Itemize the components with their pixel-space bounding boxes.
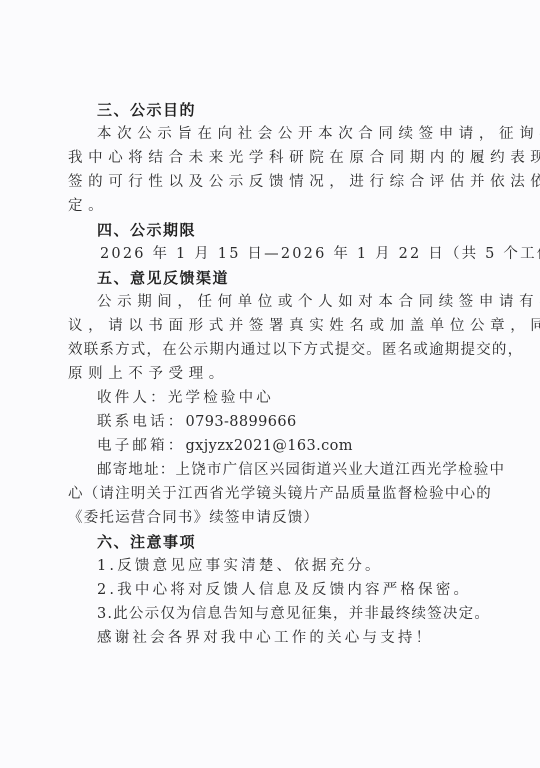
note-item: 1.反馈意见应事实清楚、依据充分。	[68, 554, 474, 578]
paragraph-line: 定。	[68, 194, 474, 218]
mailing-address-line: 心（请注明关于江西省光学镜头镜片产品质量监督检验中心的	[68, 482, 474, 506]
note-item: 2.我中心将对反馈人信息及反馈内容严格保密。	[68, 578, 474, 602]
section-heading-period: 四、公示期限	[68, 218, 474, 242]
section-heading-purpose: 三、公示目的	[68, 98, 474, 122]
phone-value: 0793-8899666	[186, 414, 297, 430]
section-heading-feedback-channels: 五、意见反馈渠道	[68, 266, 474, 290]
paragraph-line: 原则上不予受理。	[68, 362, 474, 386]
paragraph-line: 公示期间，任何单位或个人如对本合同续签申请有异议或建	[68, 290, 474, 314]
mailing-address-line: 邮寄地址：上饶市广信区兴园街道兴业大道江西光学检验中	[68, 458, 474, 482]
document-page: 三、公示目的 本次公示旨在向社会公开本次合同续签申请，征询各方意见。 我中心将结…	[0, 0, 540, 768]
note-item: 3.此公示仅为信息告知与意见征集，并非最终续签决定。	[68, 602, 474, 626]
phone-label: 联系电话：	[97, 414, 186, 430]
closing-text: 感谢社会各界对我中心工作的关心与支持！	[68, 626, 474, 650]
contact-recipient: 收件人：光学检验中心	[68, 386, 474, 410]
contact-phone: 联系电话：0793-8899666	[68, 410, 474, 434]
paragraph-line: 本次公示旨在向社会公开本次合同续签申请，征询各方意见。	[68, 122, 474, 146]
paragraph-line: 效联系方式，在公示期内通过以下方式提交。匿名或逾期提交的，	[68, 338, 474, 362]
paragraph-line: 签的可行性以及公示反馈情况，进行综合评估并依法依规作出决	[68, 170, 474, 194]
email-label: 电子邮箱：	[97, 438, 186, 454]
recipient-value: 光学检验中心	[168, 390, 274, 406]
publicity-period: 2026 年 1 月 15 日—2026 年 1 月 22 日（共 5 个工作日…	[68, 242, 474, 266]
contact-email: 电子邮箱：gxjyzx2021@163.com	[68, 434, 474, 458]
paragraph-line: 我中心将结合未来光学科研院在原合同期内的履约表现，对其续	[68, 146, 474, 170]
document-body: 三、公示目的 本次公示旨在向社会公开本次合同续签申请，征询各方意见。 我中心将结…	[68, 98, 474, 650]
recipient-label: 收件人：	[97, 390, 168, 406]
mailing-address-line: 《委托运营合同书》续签申请反馈）	[68, 506, 474, 530]
section-heading-notes: 六、注意事项	[68, 530, 474, 554]
email-value: gxjyzx2021@163.com	[186, 438, 353, 454]
paragraph-line: 议，请以书面形式并签署真实姓名或加盖单位公章，同时提供有	[68, 314, 474, 338]
